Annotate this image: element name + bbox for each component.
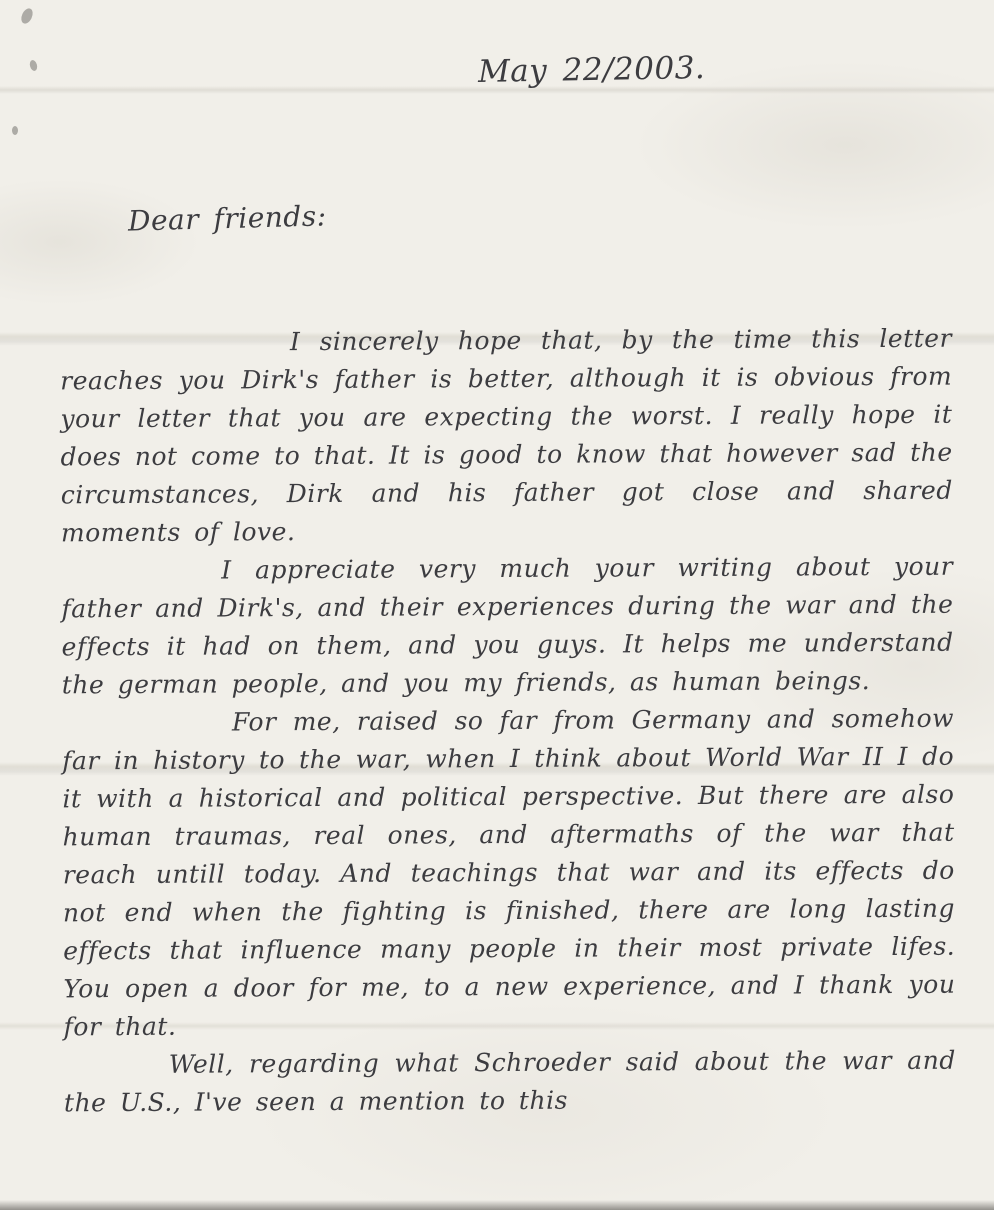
ink-speck xyxy=(19,7,35,26)
scan-edge-shadow xyxy=(0,1200,994,1210)
ink-speck xyxy=(12,126,18,135)
paragraph-world-war-perspective: For me, raised so far from Germany and s… xyxy=(62,700,956,1047)
letter-date: May 22/2003. xyxy=(478,50,706,90)
salutation: Dear friends: xyxy=(128,199,327,237)
paragraph-hope-father-better: I sincerely hope that, by the time this … xyxy=(60,320,953,553)
letter-body: I sincerely hope that, by the time this … xyxy=(60,320,956,1123)
ink-speck xyxy=(29,59,39,71)
paragraph-appreciate-writing: I appreciate very much your writing abou… xyxy=(61,548,954,705)
paragraph-schroeder: Well, regarding what Schroeder said abou… xyxy=(64,1042,956,1123)
letter-page: May 22/2003. Dear friends: I sincerely h… xyxy=(0,0,994,1210)
